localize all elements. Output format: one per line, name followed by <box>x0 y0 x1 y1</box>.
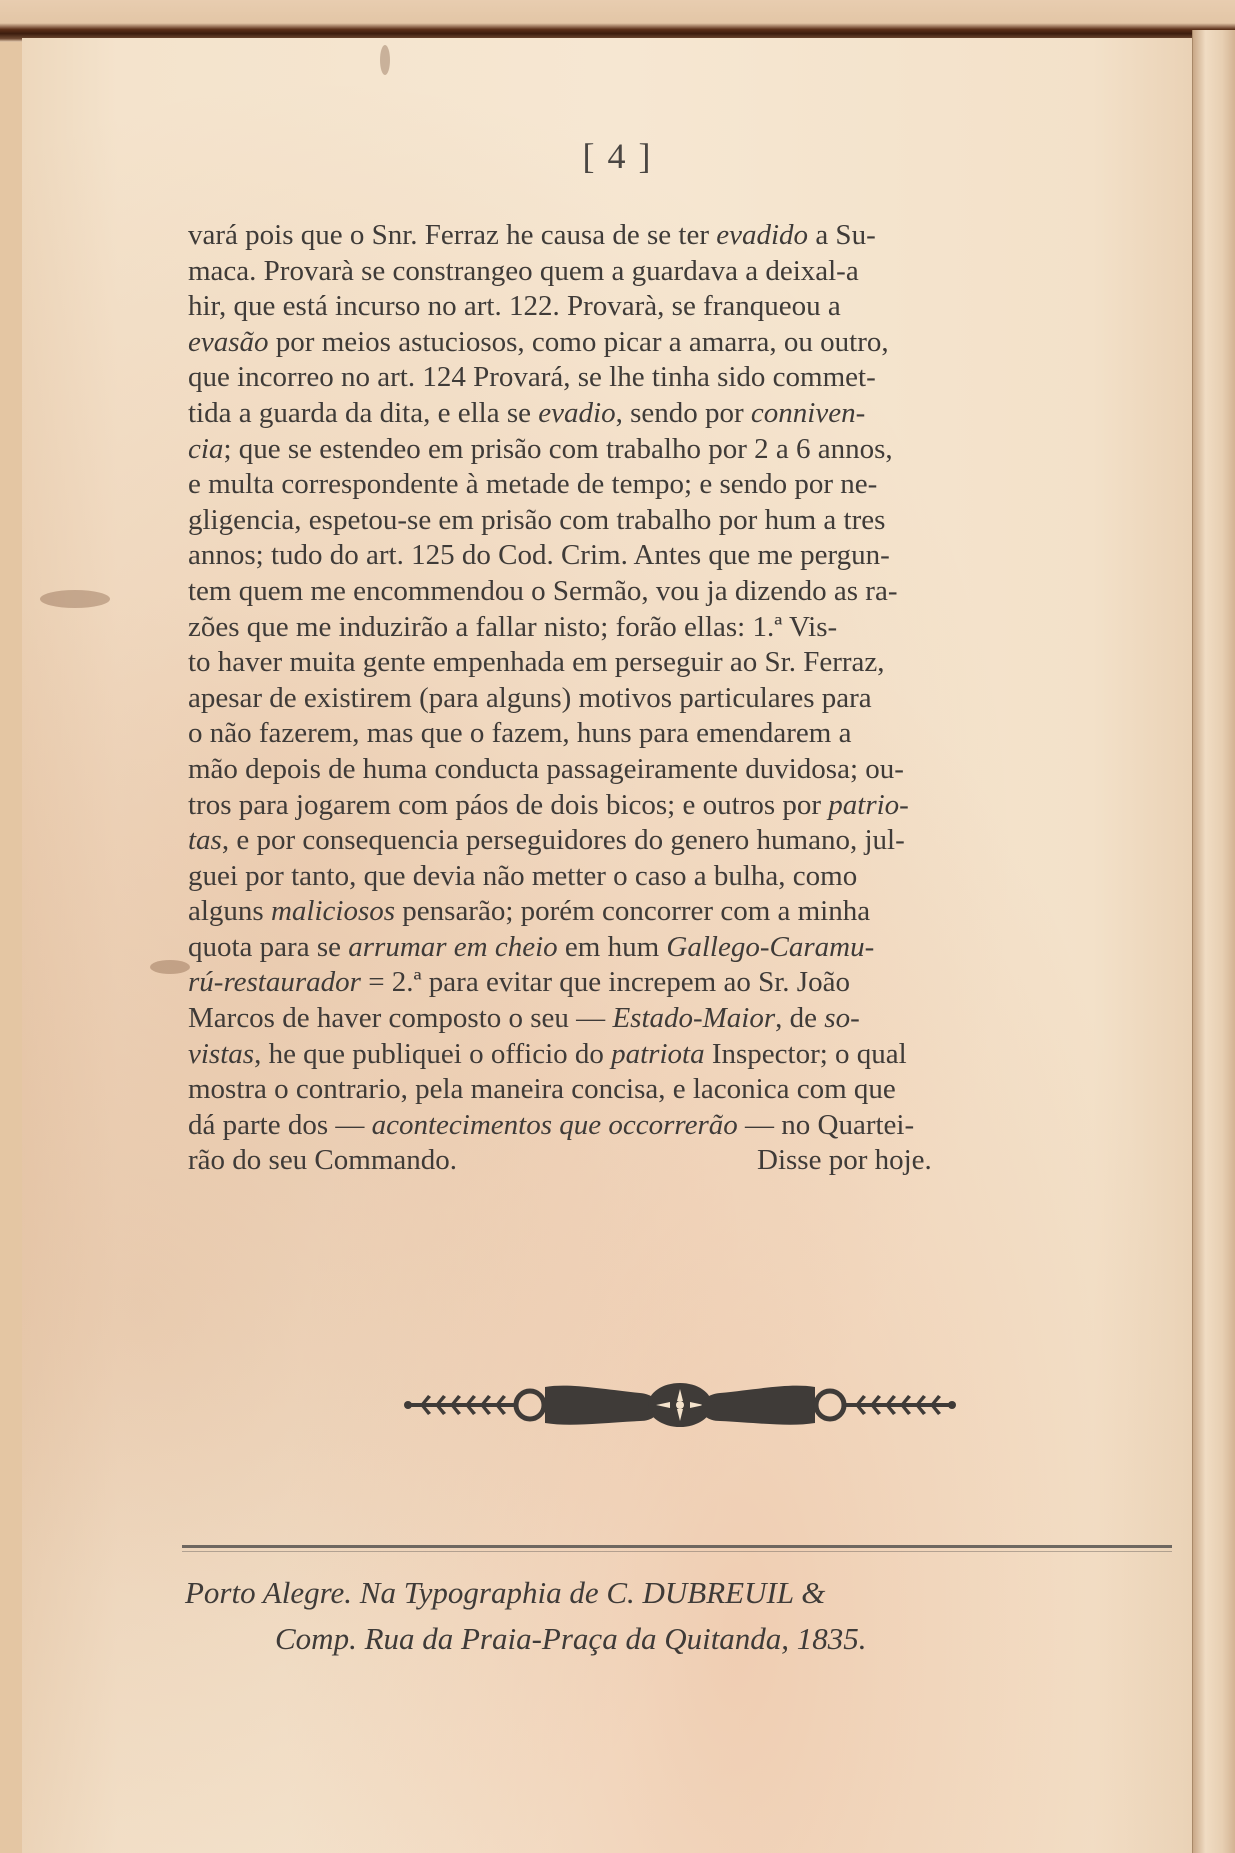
text-line: quota para se arrumar em cheio em hum Ga… <box>188 930 1188 966</box>
imprint-rule-thin <box>182 1551 1172 1552</box>
text-line: vistas, he que publiquei o officio do pa… <box>188 1037 1188 1073</box>
text-line: guei por tanto, que devia não metter o c… <box>188 859 1188 895</box>
text-line: annos; tudo do art. 125 do Cod. Crim. An… <box>188 538 1188 574</box>
text-line: alguns maliciosos pensarão; porém concor… <box>188 894 1188 930</box>
page-number: [ 4 ] <box>0 135 1235 177</box>
text-line: tros para jogarem com páos de dois bicos… <box>188 788 1188 824</box>
text-line: evasão por meios astuciosos, como picar … <box>188 325 1188 361</box>
text-line: hir, que está incurso no art. 122. Prova… <box>188 289 1188 325</box>
printers-ornament-icon <box>400 1375 960 1435</box>
text-line: tas, e por consequencia perseguidores do… <box>188 823 1188 859</box>
imprint-line-2: Comp. Rua da Praia-Praça da Quitanda, 18… <box>185 1616 1185 1662</box>
text-line: tida a guarda da dita, e ella se evadio,… <box>188 396 1188 432</box>
ink-smudge <box>380 45 390 75</box>
printer-imprint: Porto Alegre. Na Typographia de C. DUBRE… <box>185 1570 1185 1662</box>
text-line: to haver muita gente empenhada em perseg… <box>188 645 1188 681</box>
text-line: rão do seu Commando.Disse por hoje. <box>188 1143 1188 1179</box>
text-line: maca. Provarà se constrangeo quem a guar… <box>188 254 1188 290</box>
text-line: Marcos de haver composto o seu — Estado-… <box>188 1001 1188 1037</box>
torn-top-edge <box>0 0 1235 42</box>
text-line: que incorreo no art. 124 Provará, se lhe… <box>188 360 1188 396</box>
text-line: mostra o contrario, pela maneira concisa… <box>188 1072 1188 1108</box>
text-line: zões que me induzirão a fallar nisto; fo… <box>188 610 1188 646</box>
scanned-page: [ 4 ] vará pois que o Snr. Ferraz he cau… <box>0 0 1235 1853</box>
text-line: tem quem me encommendou o Sermão, vou ja… <box>188 574 1188 610</box>
text-line: gligencia, espetou-se em prisão com trab… <box>188 503 1188 539</box>
text-line: e multa correspondente à metade de tempo… <box>188 467 1188 503</box>
imprint-rule <box>182 1545 1172 1548</box>
text-line: dá parte dos — acontecimentos que occorr… <box>188 1108 1188 1144</box>
text-line: vará pois que o Snr. Ferraz he causa de … <box>188 218 1188 254</box>
body-text: vará pois que o Snr. Ferraz he causa de … <box>188 218 1188 1179</box>
text-line: mão depois de huma conducta passageirame… <box>188 752 1188 788</box>
text-line: cia; que se estendeo em prisão com traba… <box>188 432 1188 468</box>
text-line: apesar de existirem (para alguns) motivo… <box>188 681 1188 717</box>
text-line: o não fazerem, mas que o fazem, huns par… <box>188 716 1188 752</box>
ink-smudge <box>150 960 190 974</box>
imprint-line-1: Porto Alegre. Na Typographia de C. DUBRE… <box>185 1570 1185 1616</box>
page-fold-edge <box>1192 30 1235 1853</box>
text-line: rú-restaurador = 2.ª para evitar que inc… <box>188 965 1188 1001</box>
ink-smudge <box>40 590 110 608</box>
